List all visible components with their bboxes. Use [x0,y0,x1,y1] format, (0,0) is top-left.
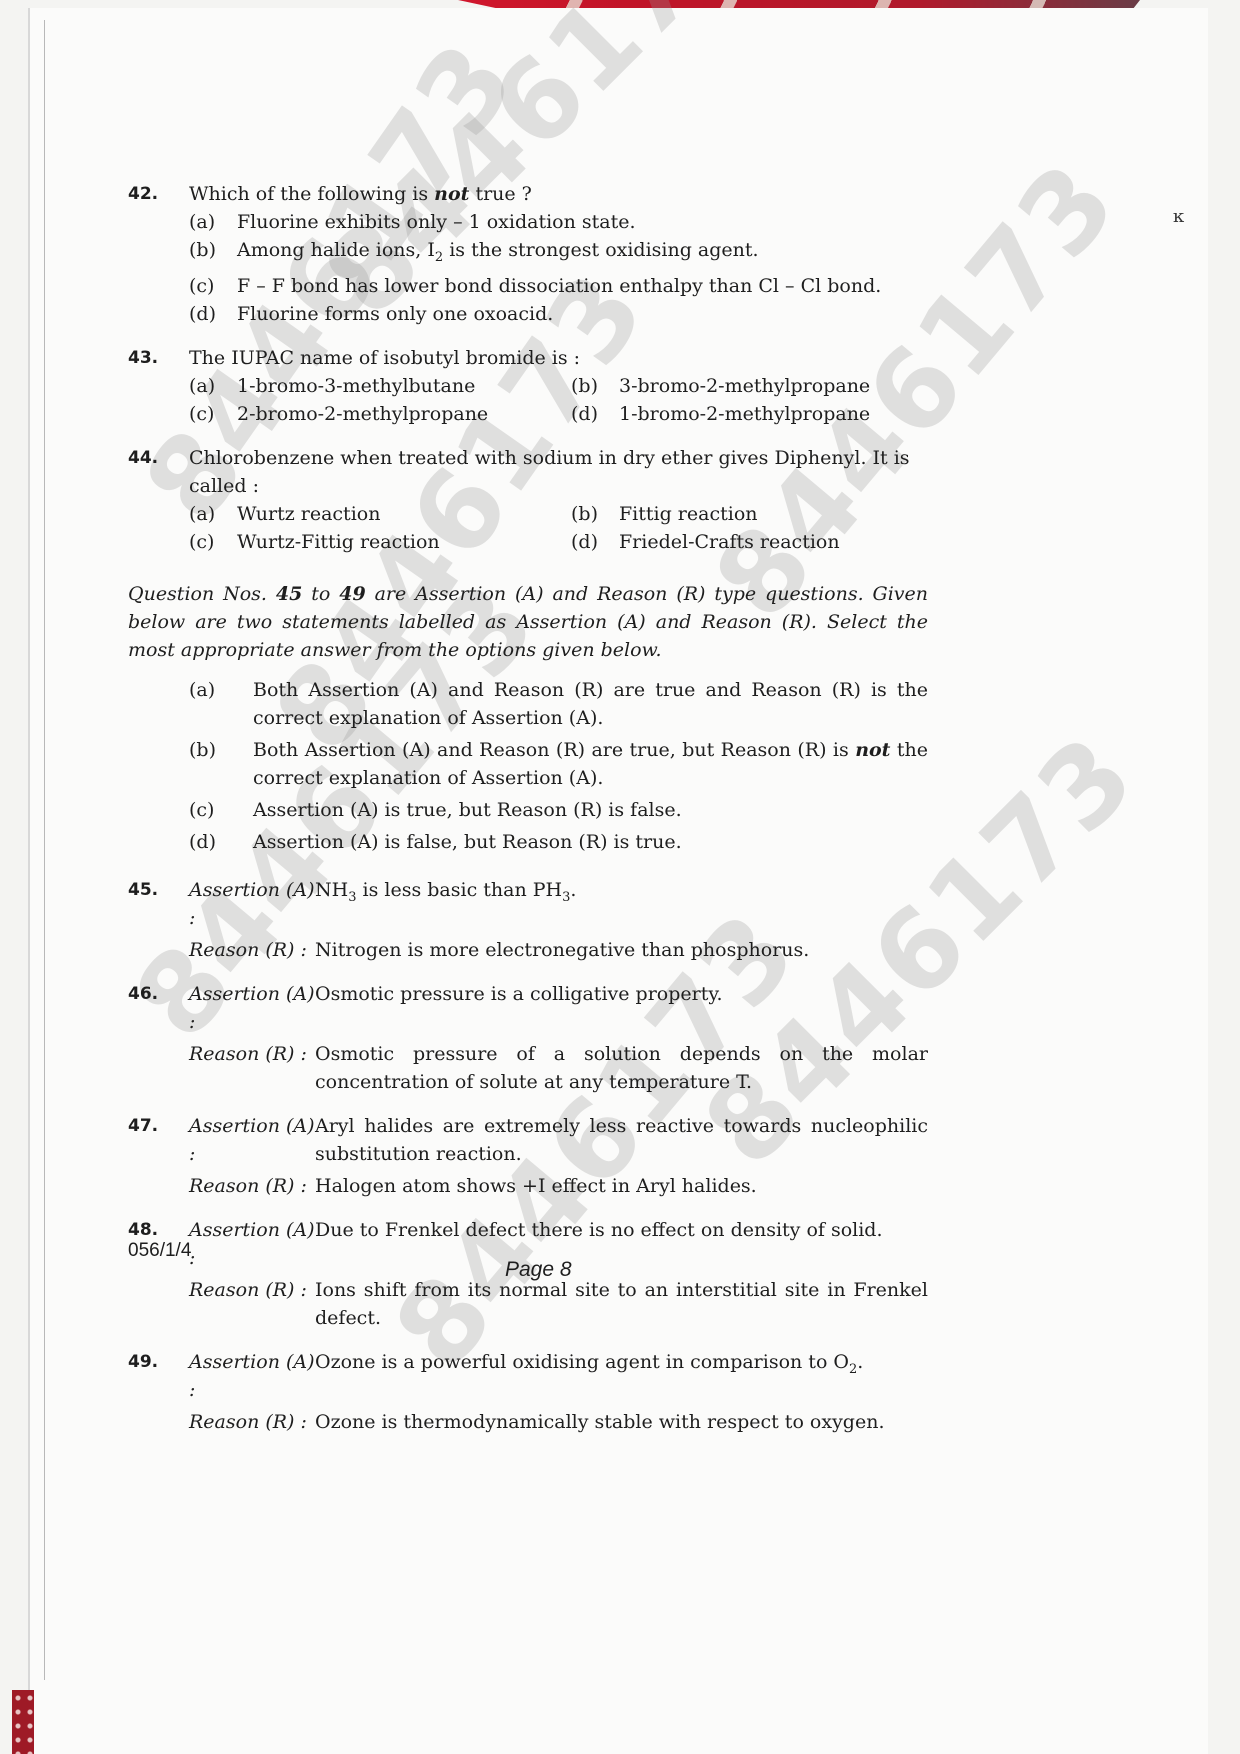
option-c: (c)Wurtz-Fittig reaction [189,528,571,556]
option-label: (c) [189,272,237,300]
options: (a)Fluorine exhibits only – 1 oxidation … [189,208,928,328]
question-stem: The IUPAC name of isobutyl bromide is : [189,344,928,372]
reason-row: Reason (R) :Osmotic pressure of a soluti… [189,1040,928,1096]
subscript: 2 [849,1362,857,1377]
assertion-label: Assertion (A) : [189,1348,315,1404]
reason-text: Nitrogen is more electronegative than ph… [315,936,928,964]
option-text: Wurtz reaction [237,500,380,528]
option-text: Both Assertion (A) and Reason (R) are tr… [253,736,928,792]
ar-option-d: (d)Assertion (A) is false, but Reason (R… [189,828,928,856]
subscript: 2 [435,250,443,265]
question-number: 46. [128,980,183,1008]
option-text: Fluorine exhibits only – 1 oxidation sta… [237,208,636,236]
question-number: 47. [128,1112,183,1140]
option-c: (c)2-bromo-2-methylpropane [189,400,571,428]
paper-code: 056/1/4 [128,1240,191,1262]
option-b: (b)Fittig reaction [571,500,928,528]
question-number: 49. [128,1348,183,1376]
option-text: Fluorine forms only one oxoacid. [237,300,553,328]
option-text: Assertion (A) is true, but Reason (R) is… [253,796,682,824]
page-number: Page 8 [505,1258,572,1282]
question-47: 47.Assertion (A) :Aryl halides are extre… [128,1112,928,1200]
emphasis-not: not [434,183,469,205]
reason-text: Ozone is thermodynamically stable with r… [315,1408,928,1436]
assertion-row: Assertion (A) :Ozone is a powerful oxidi… [189,1348,928,1404]
assertion-label: Assertion (A) : [189,876,315,932]
question-stem: Chlorobenzene when treated with sodium i… [189,444,928,500]
reason-label: Reason (R) : [189,936,315,964]
option-text: 2-bromo-2-methylpropane [237,400,488,428]
option-label: (a) [189,208,237,236]
option-label: (b) [189,736,253,792]
option-label: (a) [189,500,237,528]
question-43: 43.The IUPAC name of isobutyl bromide is… [128,344,928,428]
reason-row: Reason (R) :Ozone is thermodynamically s… [189,1408,928,1436]
question-46: 46.Assertion (A) :Osmotic pressure is a … [128,980,928,1096]
options: (a)1-bromo-3-methylbutane(b)3-bromo-2-me… [189,372,928,428]
option-text: Fittig reaction [619,500,758,528]
reason-row: Reason (R) :Halogen atom shows +I effect… [189,1172,928,1200]
assertion-label: Assertion (A) : [189,1216,315,1272]
option-text: Both Assertion (A) and Reason (R) are tr… [253,676,928,732]
background-cloth-bottom [12,1690,34,1754]
assertion-text: NH3 is less basic than PH3. [315,876,928,932]
question-range-end: 49 [339,583,365,605]
question-stem: Which of the following is not true ? [189,180,928,208]
question-body: Assertion (A) :Aryl halides are extremel… [189,1112,928,1200]
option-label: (d) [189,828,253,856]
assertion-label: Assertion (A) : [189,980,315,1036]
question-body: Which of the following is not true ?(a)F… [189,180,928,328]
option-d: (d)Friedel-Crafts reaction [571,528,928,556]
assertion-row: Assertion (A) :Osmotic pressure is a col… [189,980,928,1036]
reason-label: Reason (R) : [189,1040,315,1096]
paper-fold-line [44,20,45,1680]
assertion-reason-options: (a)Both Assertion (A) and Reason (R) are… [189,676,928,856]
option-a: (a)1-bromo-3-methylbutane [189,372,571,400]
assertion-reason-instructions: Question Nos. 45 to 49 are Assertion (A)… [128,580,928,664]
question-body: Assertion (A) :Ozone is a powerful oxidi… [189,1348,928,1436]
assertion-text: Ozone is a powerful oxidising agent in c… [315,1348,928,1404]
reason-text: Halogen atom shows +I effect in Aryl hal… [315,1172,928,1200]
assertion-label: Assertion (A) : [189,1112,315,1168]
reason-label: Reason (R) : [189,1172,315,1200]
question-body: Assertion (A) :NH3 is less basic than PH… [189,876,928,964]
subscript: 3 [562,890,570,905]
option-label: (d) [571,528,619,556]
reason-label: Reason (R) : [189,1408,315,1436]
question-45: 45.Assertion (A) :NH3 is less basic than… [128,876,928,964]
assertion-text: Osmotic pressure is a colligative proper… [315,980,928,1036]
assertion-row: Assertion (A) :NH3 is less basic than PH… [189,876,928,932]
question-number: 44. [128,444,183,472]
question-body: Chlorobenzene when treated with sodium i… [189,444,928,556]
option-a: (a)Fluorine exhibits only – 1 oxidation … [189,208,928,236]
option-text: Friedel-Crafts reaction [619,528,840,556]
question-number: 43. [128,344,183,372]
reason-row: Reason (R) :Ions shift from its normal s… [189,1276,928,1332]
option-b: (b)Among halide ions, I2 is the stronges… [189,236,928,272]
option-label: (a) [189,372,237,400]
option-text: 3-bromo-2-methylpropane [619,372,870,400]
option-label: (d) [189,300,237,328]
option-text: Wurtz-Fittig reaction [237,528,440,556]
option-a: (a)Wurtz reaction [189,500,571,528]
option-label: (c) [189,528,237,556]
option-label: (b) [189,236,237,272]
question-42: 42.Which of the following is not true ?(… [128,180,928,328]
assertion-row: Assertion (A) :Aryl halides are extremel… [189,1112,928,1168]
ar-option-b: (b)Both Assertion (A) and Reason (R) are… [189,736,928,792]
option-text: Among halide ions, I2 is the strongest o… [237,236,759,272]
question-number: 42. [128,180,183,208]
option-label: (c) [189,796,253,824]
ar-option-c: (c)Assertion (A) is true, but Reason (R)… [189,796,928,824]
margin-pen-mark: ĸ [1173,206,1184,227]
option-b: (b)3-bromo-2-methylpropane [571,372,928,400]
ar-option-a: (a)Both Assertion (A) and Reason (R) are… [189,676,928,732]
reason-label: Reason (R) : [189,1276,315,1332]
option-c: (c)F – F bond has lower bond dissociatio… [189,272,928,300]
question-49: 49.Assertion (A) :Ozone is a powerful ox… [128,1348,928,1436]
option-text: Assertion (A) is false, but Reason (R) i… [253,828,682,856]
option-label: (a) [189,676,253,732]
option-d: (d)Fluorine forms only one oxoacid. [189,300,928,328]
option-label: (c) [189,400,237,428]
question-body: The IUPAC name of isobutyl bromide is :(… [189,344,928,428]
question-body: Assertion (A) :Osmotic pressure is a col… [189,980,928,1096]
option-label: (b) [571,372,619,400]
option-label: (d) [571,400,619,428]
reason-text: Ions shift from its normal site to an in… [315,1276,928,1332]
assertion-text: Aryl halides are extremely less reactive… [315,1112,928,1168]
option-text: 1-bromo-3-methylbutane [237,372,475,400]
assertion-text: Due to Frenkel defect there is no effect… [315,1216,928,1272]
option-label: (b) [571,500,619,528]
reason-text: Osmotic pressure of a solution depends o… [315,1040,928,1096]
option-text: F – F bond has lower bond dissociation e… [237,272,881,300]
emphasis-not: not [855,739,890,761]
option-text: 1-bromo-2-methylpropane [619,400,870,428]
question-44: 44.Chlorobenzene when treated with sodiu… [128,444,928,556]
option-d: (d)1-bromo-2-methylpropane [571,400,928,428]
question-number: 45. [128,876,183,904]
reason-row: Reason (R) :Nitrogen is more electronega… [189,936,928,964]
question-range-start: 45 [276,583,302,605]
options: (a)Wurtz reaction(b)Fittig reaction(c)Wu… [189,500,928,556]
subscript: 3 [348,890,356,905]
